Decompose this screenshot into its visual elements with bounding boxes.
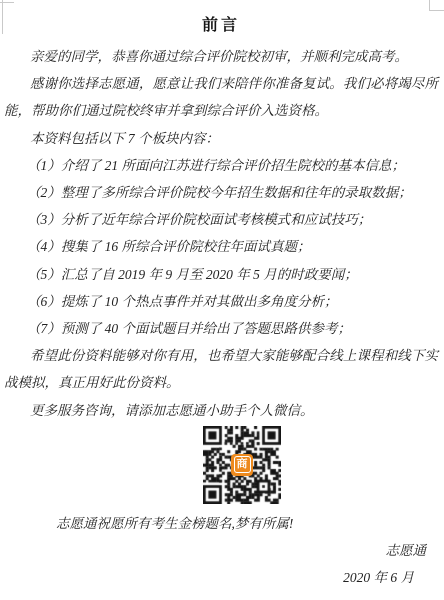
list-item: （4）搜集了 16 所综合评价院校往年面试真题；	[27, 233, 438, 260]
paragraph-hope: 希望此份资料能够对你有用，也希望大家能够配合线上课程和线下实战模拟，真正用好此份…	[4, 342, 438, 396]
preface-page: 前言 亲爱的同学，恭喜你通过综合评价院校初审，并顺利完成高考。 感谢你选择志愿通…	[0, 0, 444, 600]
signature: 志愿通	[4, 537, 438, 564]
list-item: （5）汇总了自 2019 年 9 月至 2020 年 5 月的时政要闻；	[27, 261, 438, 288]
list-item: （3）分析了近年综合评价院校面试考核模式和应试技巧；	[27, 206, 438, 233]
document-body: 前言 亲爱的同学，恭喜你通过综合评价院校初审，并顺利完成高考。 感谢你选择志愿通…	[4, 10, 438, 591]
list-item: （2）整理了多所综合评价院校今年招生数据和往年的录取数据；	[27, 179, 438, 206]
list-item: （7）预测了 40 个面试题目并给出了答题思路供参考；	[27, 315, 438, 342]
page-margin-mark-top-left	[0, 2, 14, 3]
wechat-qr-code: 商	[203, 426, 281, 504]
paragraph-contact: 更多服务咨询，请添加志愿通小助手个人微信。	[4, 397, 438, 424]
qr-logo-glyph: 商	[234, 456, 251, 473]
paragraph-intro: 本资料包括以下 7 个板块内容：	[4, 125, 438, 152]
list-item: （1）介绍了 21 所面向江苏进行综合评价招生院校的基本信息；	[27, 152, 438, 179]
paragraph-thanks: 感谢你选择志愿通，愿意让我们来陪伴你准备复试。我们必将竭尽所能，帮助你们通过院校…	[4, 70, 438, 124]
page-title: 前言	[4, 12, 438, 35]
qr-center-logo: 商	[231, 454, 253, 476]
list-item: （6）提炼了 10 个热点事件并对其做出多角度分析；	[27, 288, 438, 315]
paragraph-blessing: 志愿通祝愿所有考生金榜题名,梦有所属!	[56, 510, 438, 537]
page-margin-mark-top-left	[2, 0, 3, 34]
date: 2020 年 6 月	[4, 564, 438, 591]
paragraph-greeting: 亲爱的同学，恭喜你通过综合评价院校初审，并顺利完成高考。	[4, 43, 438, 70]
